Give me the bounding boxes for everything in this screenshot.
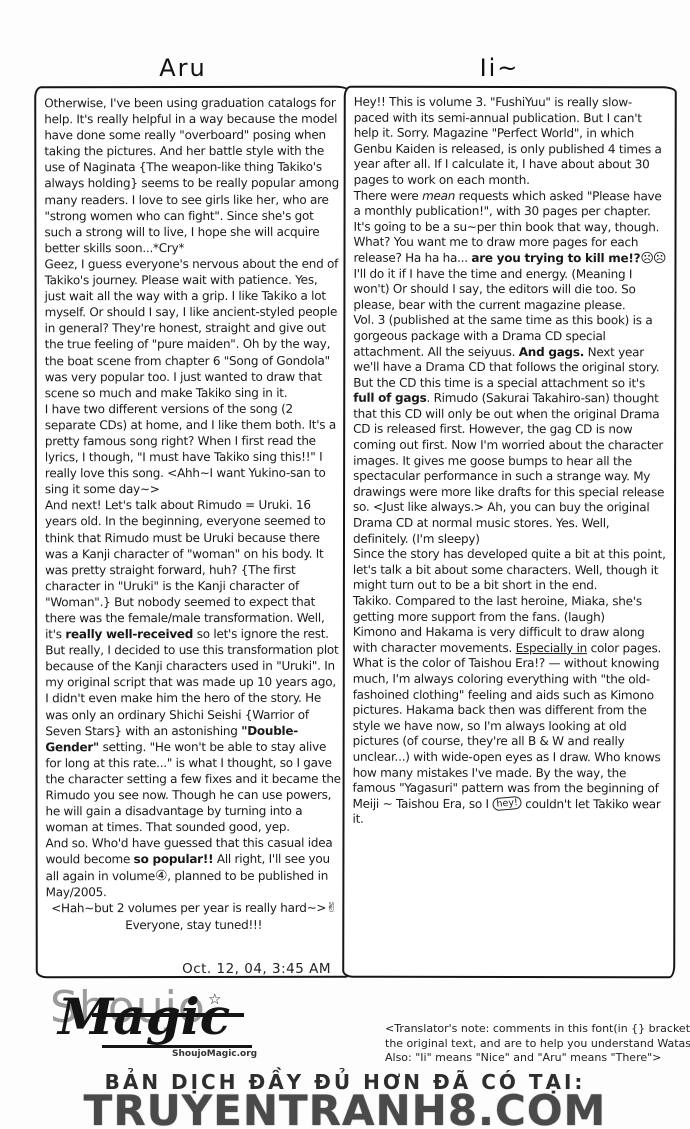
note-paragraph: Takiko. Compared to the last heroine, Mi… — [353, 594, 666, 626]
logo-url-text: ShoujoMagic.org — [172, 1049, 257, 1059]
manga-author-notes-page: Aru Ii~ Otherwise, I've been using gradu… — [0, 0, 690, 1129]
note-paragraph: Hey!! This is volume 3. "FushiYuu" is re… — [354, 95, 667, 189]
note-paragraph: Otherwise, I've been using graduation ca… — [44, 95, 340, 256]
text-run: And gags. — [519, 345, 584, 359]
note-paragraph: Geez, I guess everyone's nervous about t… — [45, 256, 341, 401]
closing-line: <Hah~but 2 volumes per year is really ha… — [46, 899, 342, 917]
text-run: Everyone, stay tuned!!! — [125, 918, 262, 932]
closing-line: Everyone, stay tuned!!! — [46, 917, 342, 934]
text-run: And next! Let's talk about Rimudo = Uruk… — [45, 498, 326, 641]
text-run: Hey!! This is volume 3. "FushiYuu" is re… — [354, 95, 662, 187]
doodle-icon: ☹☹ — [640, 251, 665, 266]
note-paragraph: And next! Let's talk about Rimudo = Uruk… — [45, 497, 342, 835]
note-paragraph: And so. Who'd have guessed that this cas… — [46, 835, 342, 900]
left-note-box: Otherwise, I've been using graduation ca… — [34, 86, 352, 979]
note-paragraph: Kimono and Hakama is very difficult to d… — [352, 625, 665, 828]
doodle-icon: ✌ — [326, 900, 336, 915]
site-name: TRUYENTRANH8.COM — [0, 1086, 690, 1129]
text-run: full of gags — [353, 391, 426, 405]
text-run: I have two different versions of the son… — [45, 402, 336, 497]
speech-bubble: hey! — [492, 795, 522, 810]
note-paragraph: I have two different versions of the son… — [45, 401, 341, 498]
text-run: Geez, I guess everyone's nervous about t… — [45, 257, 339, 400]
text-run: really well-received — [65, 627, 193, 641]
text-run: . Rimudo (Sakurai Takahiro-san) thought … — [353, 391, 664, 545]
note-paragraph: There were mean requests which asked "Pl… — [353, 188, 666, 313]
note-paragraph: Since the story has developed quite a bi… — [353, 547, 666, 594]
circled-number: ④ — [155, 868, 167, 884]
text-run: mean — [422, 188, 455, 202]
text-run: Especially in — [516, 641, 587, 655]
translator-note-line: the original text, and are to help you u… — [385, 1037, 690, 1052]
right-note-box: Hey!! This is volume 3. "FushiYuu" is re… — [342, 86, 677, 979]
text-run: so popular!! — [134, 852, 214, 866]
timestamp: Oct. 12, 04, 3:45 AM — [35, 961, 333, 977]
text-run: Takiko. Compared to the last heroine, Mi… — [353, 594, 642, 624]
translator-note-line: <Translator's note: comments in this fon… — [385, 1022, 690, 1037]
logo-magic-text: Magic — [58, 992, 230, 1042]
note-paragraph: Vol. 3 (published at the same time as th… — [353, 313, 666, 547]
text-run: <Hah~but 2 volumes per year is really ha… — [51, 900, 326, 914]
right-column-header: Ii~ — [343, 54, 656, 82]
text-run: color pages. What is the color of Taisho… — [353, 641, 662, 811]
text-run: I'll do it if I have the time and energy… — [353, 266, 635, 312]
text-run: Since the story has developed quite a bi… — [353, 547, 666, 593]
left-column-header: Aru — [35, 54, 331, 82]
text-run: so let's ignore the rest. But really, I … — [45, 627, 338, 738]
text-run: There were — [354, 188, 423, 202]
text-run: are you trying to kill me!? — [471, 251, 640, 265]
translator-note: <Translator's note: comments in this fon… — [385, 1022, 690, 1066]
logo-divider-bottom — [102, 1045, 252, 1048]
shoujo-magic-logo: Shoujo ☆ Magic ShoujoMagic.org — [40, 986, 255, 1082]
translator-note-line: Also: "Ii" means "Nice" and "Aru" means … — [385, 1051, 690, 1066]
text-run: Otherwise, I've been using graduation ca… — [44, 96, 339, 255]
